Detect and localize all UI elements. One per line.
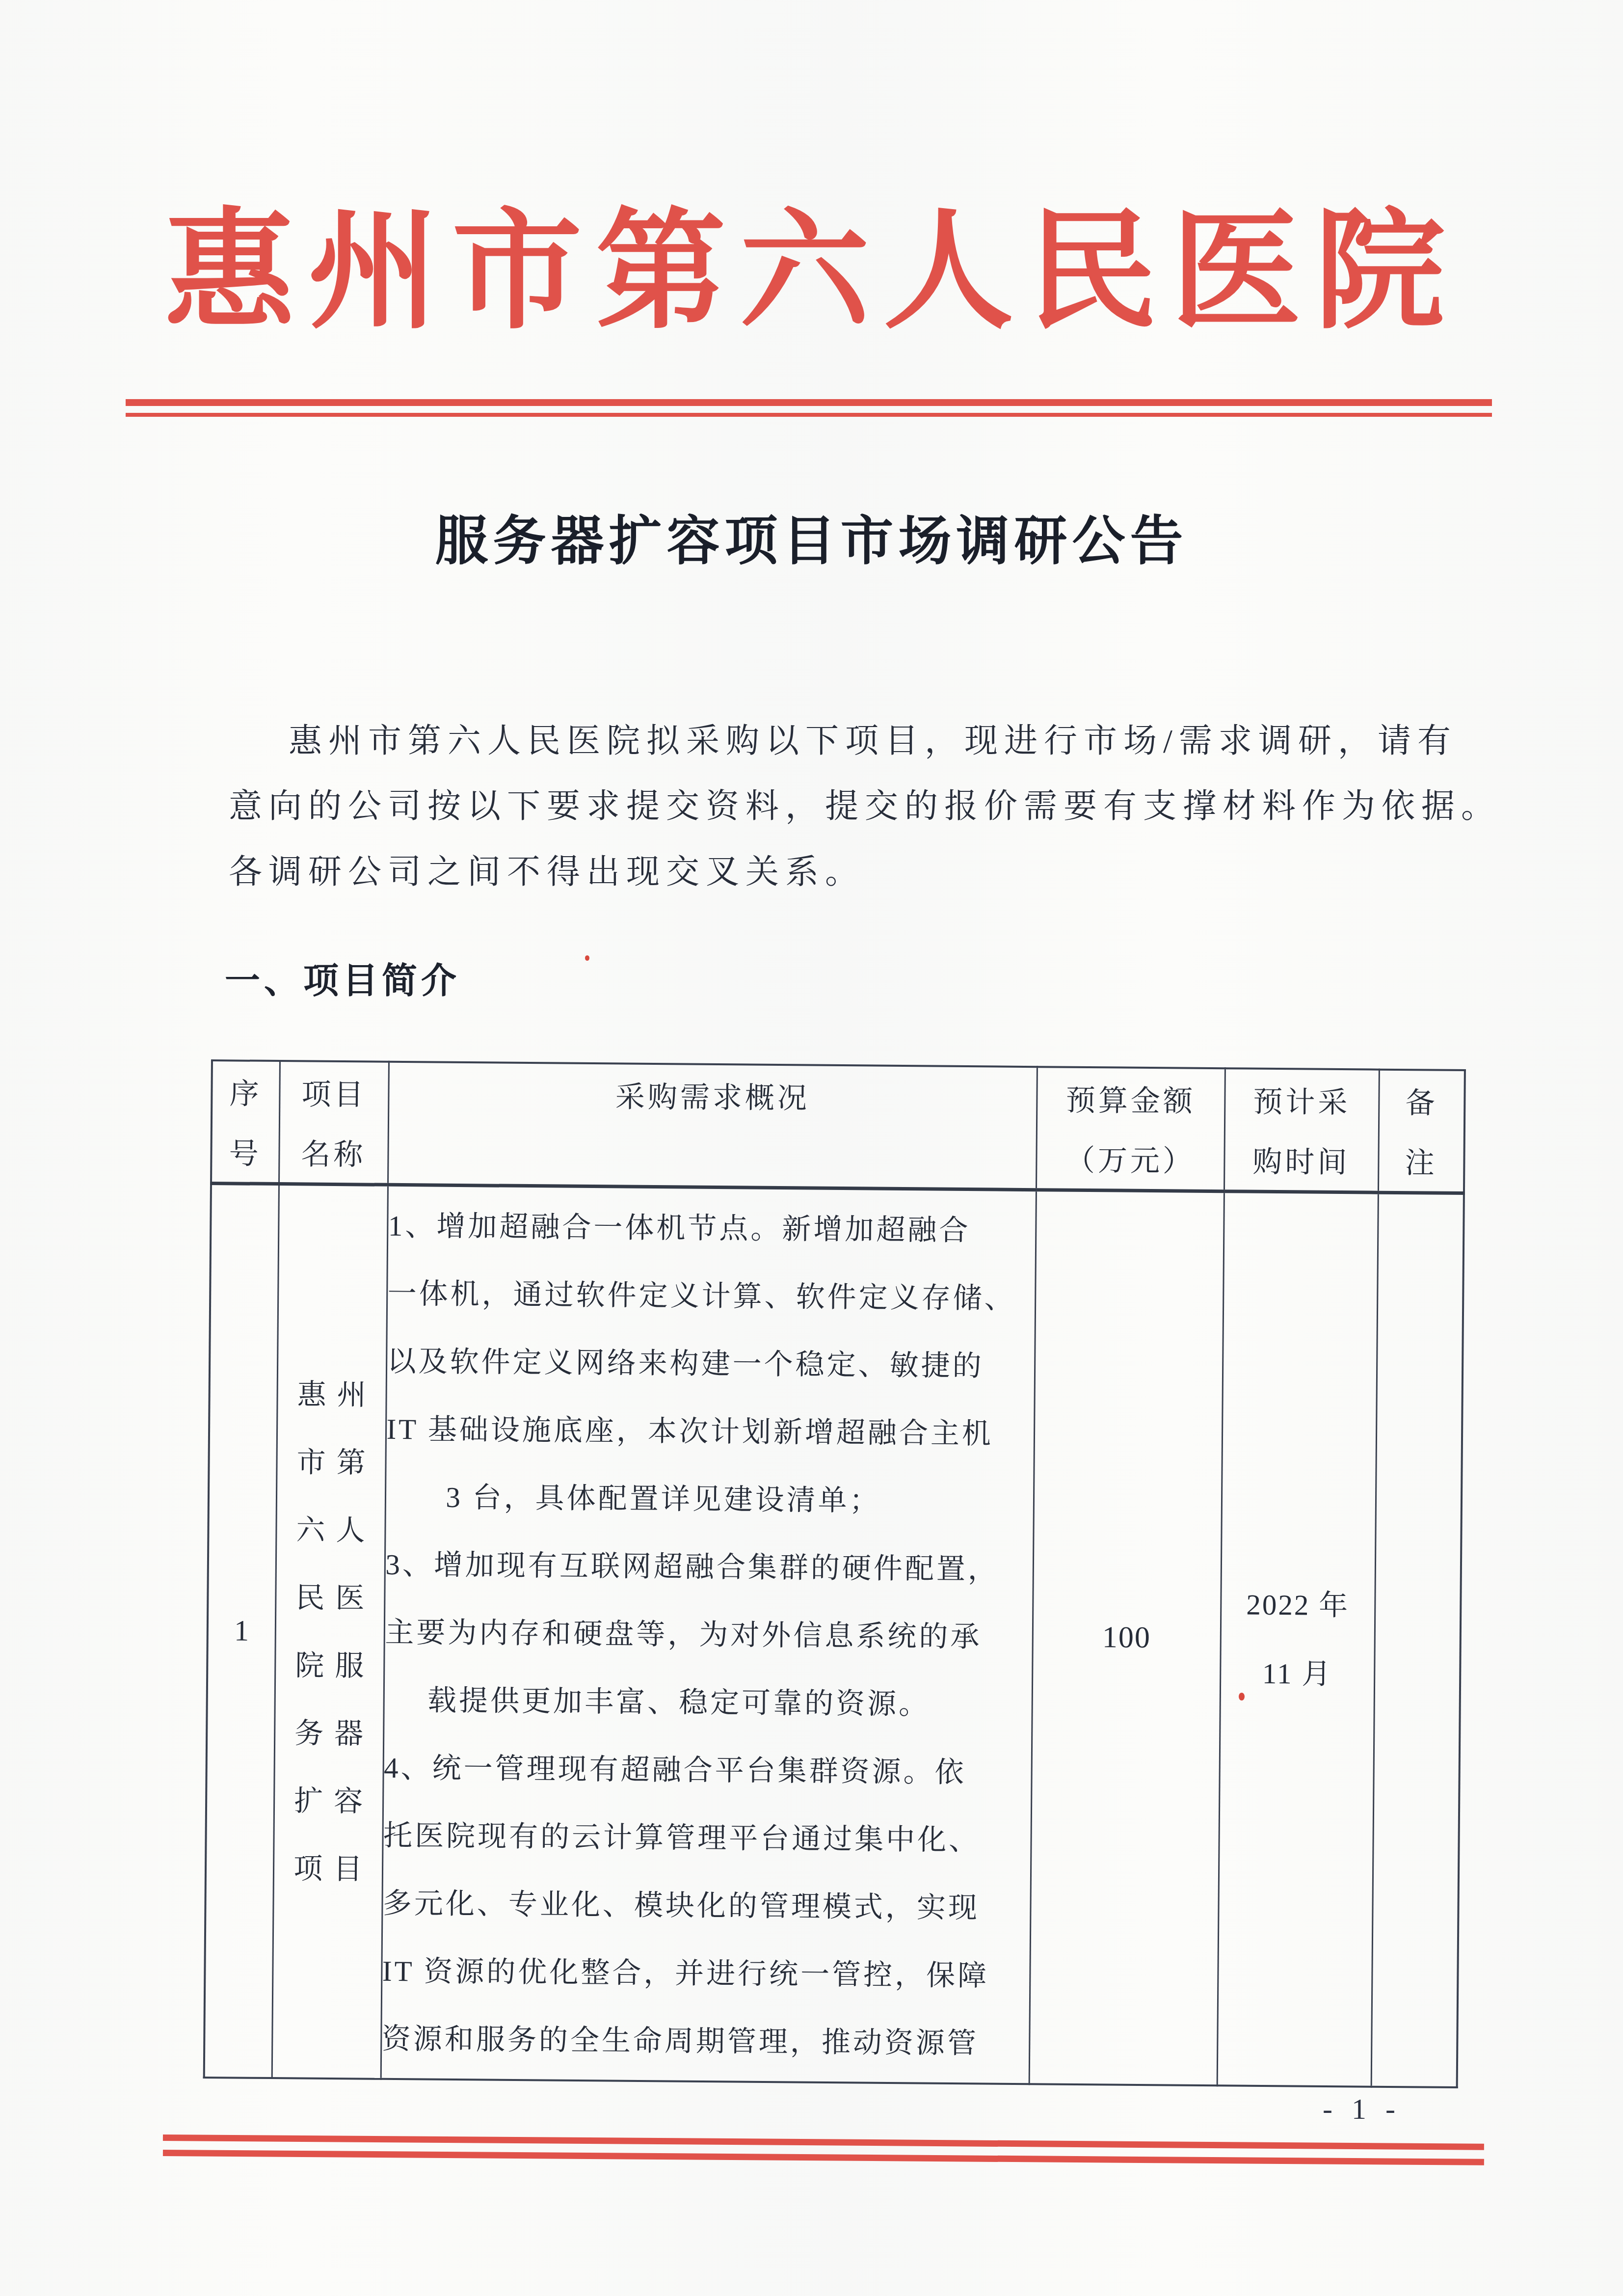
col-header-seq-line: 号 [212,1121,278,1182]
cell-project-name: 惠州 市第 六人 民医 院服 务器 扩容 项目 [272,1184,388,2079]
col-header-budget: 预算金额 （万元） [1036,1067,1225,1191]
requirement-line: 4、统一管理现有超融合平台集群资源。依 [384,1734,1031,1807]
letterhead-rule-thin [126,413,1492,417]
col-header-project-name-line: 名称 [280,1122,388,1183]
requirement-line: 3、增加现有互联网超融合集群的硬件配置， [385,1531,1033,1603]
col-header-requirements-line [389,1123,1036,1188]
document-page: 惠州市第六人民医院 服务器扩容项目市场调研公告 惠州市第六人民医院拟采购以下项目… [0,0,1623,2296]
requirement-line: IT 基础设施底座，本次计划新增超融合主机 [386,1395,1034,1468]
col-header-requirements-line: 采购需求概况 [389,1063,1036,1128]
letterhead-title: 惠州市第六人民医院 [0,200,1623,346]
col-header-project-name-line: 项目 [280,1062,388,1123]
document-title: 服务器扩容项目市场调研公告 [0,512,1623,572]
cell-remark [1371,1192,1464,2087]
intro-line: 意向的公司按以下要求提交资料，提交的报价需要有支撑材料作为依据。 [229,789,1501,823]
scan-speck [1239,1693,1245,1701]
project-name-line: 院服 [275,1631,383,1700]
project-name-line: 扩容 [274,1767,382,1836]
col-header-budget-line: （万元） [1037,1128,1224,1189]
cell-requirements: 1、增加超融合一体机节点。新增加超融合 一体机，通过软件定义计算、软件定义存储、… [381,1185,1036,2084]
project-name-line: 民医 [276,1564,384,1632]
col-header-remark: 备 注 [1378,1070,1465,1193]
col-header-remark-line: 注 [1379,1131,1463,1191]
cell-seq: 1 [204,1183,279,2078]
col-header-purchase-time-line: 预计采 [1225,1069,1378,1130]
cell-budget: 100 [1029,1189,1224,2085]
requirement-line: 3 台，具体配置详见建设清单； [386,1463,1033,1536]
requirement-line: 载提供更加丰富、稳定可靠的资源。 [384,1666,1032,1739]
requirement-line: 一体机，通过软件定义计算、软件定义存储、 [387,1260,1035,1332]
section-heading-project-intro: 一、项目简介 [225,963,460,999]
col-header-project-name: 项目 名称 [279,1061,389,1185]
page-number: - 1 - [1283,2092,1440,2126]
footer-rule-top [163,2134,1484,2150]
projects-table: 序 号 项目 名称 采购需求概况 预算金额 （万元） 预计采 购时间 备 注 [203,1059,1466,2088]
requirement-line: 多元化、专业化、模块化的管理模式，实现 [382,1869,1030,1942]
requirement-line: 以及软件定义网络来构建一个稳定、敏捷的 [387,1327,1034,1400]
col-header-requirements: 采购需求概况 [388,1062,1037,1189]
table-data-row: 1 惠州 市第 六人 民医 院服 务器 扩容 项目 1、增加超融合一体机节点。新… [204,1183,1464,2087]
col-header-remark-line: 备 [1379,1071,1463,1131]
table-header-row: 序 号 项目 名称 采购需求概况 预算金额 （万元） 预计采 购时间 备 注 [211,1060,1465,1193]
col-header-seq-line: 序 [213,1061,279,1122]
purchase-time-line: 2022 年 [1221,1570,1374,1640]
cell-purchase-time: 2022 年 11 月 [1217,1191,1378,2086]
col-header-budget-line: 预算金额 [1037,1068,1224,1129]
project-name-line: 项目 [274,1835,382,1903]
project-name-line: 市第 [277,1428,385,1497]
col-header-seq: 序 号 [211,1060,280,1184]
requirement-line: 主要为内存和硬盘等，为对外信息系统的承 [385,1598,1032,1671]
requirement-line: 托医院现有的云计算管理平台通过集中化、 [383,1802,1031,1874]
footer-rule-bottom [163,2150,1484,2165]
requirement-line: IT 资源的优化整合，并进行统一管控，保障 [382,1937,1029,2010]
col-header-purchase-time-line: 购时间 [1224,1129,1378,1190]
project-name-line: 六人 [276,1496,384,1565]
intro-line: 惠州市第六人民医院拟采购以下项目，现进行市场/需求调研，请有 [229,724,1457,757]
intro-line: 各调研公司之间不得出现交叉关系。 [229,855,865,889]
requirement-line: 1、增加超融合一体机节点。新增加超融合 [388,1192,1035,1265]
letterhead-rule-thick [126,399,1492,406]
project-name-line: 务器 [275,1699,383,1768]
col-header-purchase-time: 预计采 购时间 [1224,1068,1379,1192]
requirement-line: 资源和服务的全生命周期管理，推动资源管 [381,2005,1029,2078]
project-name-line: 惠州 [278,1360,386,1429]
scan-speck [585,955,589,961]
